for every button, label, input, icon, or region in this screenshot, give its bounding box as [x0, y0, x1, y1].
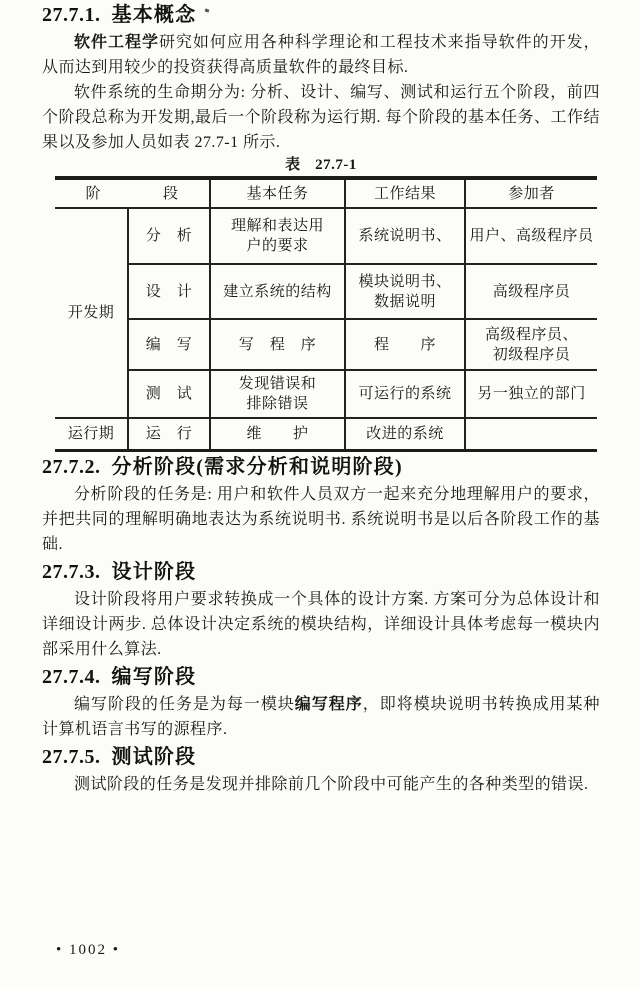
section-number: 27.7.4. — [42, 666, 101, 688]
table-row-analysis: 开发期 分 析 理解和表达用 户的要求 系统说明书、 用户、高级程序员 — [55, 208, 597, 264]
participant-cell: 用户、高级程序员 — [465, 208, 597, 264]
phase-cell: 测 试 — [128, 370, 210, 418]
paragraph-analysis-phase: 分析阶段的任务是: 用户和软件人员双方一起来充分地理解用户的要求，并把共同的理解… — [42, 482, 600, 557]
header-cell-result: 工作结果 — [345, 178, 465, 208]
table-caption: 表27.7-1 — [42, 156, 600, 176]
paragraph-text: 编写阶段的任务是为每一模块 — [74, 696, 295, 713]
result-cell: 程 序 — [345, 319, 465, 370]
section-heading-27-7-5: 27.7.5.测试阶段 — [42, 742, 600, 772]
section-number: 27.7.2. — [42, 456, 101, 478]
page-content: 27.7.1.基本概念 软件工程学研究如何应用各种科学理论和工程技术来指导软件的… — [0, 0, 640, 797]
task-cell: 发现错误和 排除错误 — [210, 370, 345, 418]
paragraph-coding-phase: 编写阶段的任务是为每一模块编写程序，即将模块说明书转换成用某种计算机语言书写的源… — [42, 692, 600, 742]
term-software-engineering: 软件工程学 — [74, 34, 159, 51]
phase-cell: 设 计 — [128, 264, 210, 319]
scanned-book-page: 27.7.1.基本概念 软件工程学研究如何应用各种科学理论和工程技术来指导软件的… — [0, 0, 640, 988]
table-row-operation: 运行期 运 行 维 护 改进的系统 — [55, 418, 597, 450]
section-title: 设计阶段 — [112, 561, 197, 583]
section-heading-27-7-3: 27.7.3.设计阶段 — [42, 557, 600, 587]
paragraph-lifecycle-phases: 软件系统的生命期分为: 分析、设计、编写、测试和运行五个阶段，前四个阶段总称为开… — [42, 80, 600, 155]
participant-cell: 高级程序员 — [465, 264, 597, 319]
group-cell-development-period: 开发期 — [55, 208, 128, 418]
header-cell-task: 基本任务 — [210, 178, 345, 208]
table-row-testing: 测 试 发现错误和 排除错误 可运行的系统 另一独立的部门 — [55, 370, 597, 418]
header-cell-phase: 阶 段 — [55, 178, 210, 208]
section-title: 编写阶段 — [112, 666, 197, 688]
caption-label: 表 — [285, 157, 301, 173]
phase-cell: 分 析 — [128, 208, 210, 264]
section-heading-27-7-2: 27.7.2.分析阶段(需求分析和说明阶段) — [42, 452, 600, 482]
section-title: 测试阶段 — [112, 746, 197, 768]
result-cell: 系统说明书、 — [345, 208, 465, 264]
phase-cell: 编 写 — [128, 319, 210, 370]
paragraph-design-phase: 设计阶段将用户要求转换成一个具体的设计方案. 方案可分为总体设计和详细设计两步.… — [42, 587, 600, 662]
paragraph-testing-phase: 测试阶段的任务是发现并排除前几个阶段中可能产生的各种类型的错误. — [42, 772, 600, 797]
section-heading-27-7-4: 27.7.4.编写阶段 — [42, 662, 600, 692]
participant-cell — [465, 418, 597, 450]
task-cell: 理解和表达用 户的要求 — [210, 208, 345, 264]
phase-cell: 运 行 — [128, 418, 210, 450]
paragraph-software-engineering: 软件工程学研究如何应用各种科学理论和工程技术来指导软件的开发，从而达到用较少的投… — [42, 30, 600, 80]
section-number: 27.7.1. — [42, 4, 101, 26]
section-title: 分析阶段(需求分析和说明阶段) — [112, 456, 403, 478]
term-write-program: 编写程序 — [295, 696, 363, 713]
task-cell: 建立系统的结构 — [210, 264, 345, 319]
page-number-footer: • 1002 • — [56, 942, 120, 959]
table-row-design: 设 计 建立系统的结构 模块说明书、 数据说明 高级程序员 — [55, 264, 597, 319]
result-cell: 改进的系统 — [345, 418, 465, 450]
header-cell-participant: 参加者 — [465, 178, 597, 208]
task-cell: 维 护 — [210, 418, 345, 450]
result-cell: 可运行的系统 — [345, 370, 465, 418]
result-cell: 模块说明书、 数据说明 — [345, 264, 465, 319]
participant-cell: 高级程序员、 初级程序员 — [465, 319, 597, 370]
section-number: 27.7.3. — [42, 561, 101, 583]
task-cell: 写 程 序 — [210, 319, 345, 370]
section-number: 27.7.5. — [42, 746, 101, 768]
section-title: 基本概念 — [112, 4, 197, 26]
lifecycle-table: 阶 段 基本任务 工作结果 参加者 开发期 分 析 理解和表达用 户的要求 系统… — [55, 176, 597, 452]
participant-cell: 另一独立的部门 — [465, 370, 597, 418]
group-cell-operation-period: 运行期 — [55, 418, 128, 450]
section-heading-27-7-1: 27.7.1.基本概念 — [42, 0, 600, 30]
caption-number: 27.7-1 — [315, 157, 357, 173]
table-header-row: 阶 段 基本任务 工作结果 参加者 — [55, 178, 597, 208]
table-row-coding: 编 写 写 程 序 程 序 高级程序员、 初级程序员 — [55, 319, 597, 370]
